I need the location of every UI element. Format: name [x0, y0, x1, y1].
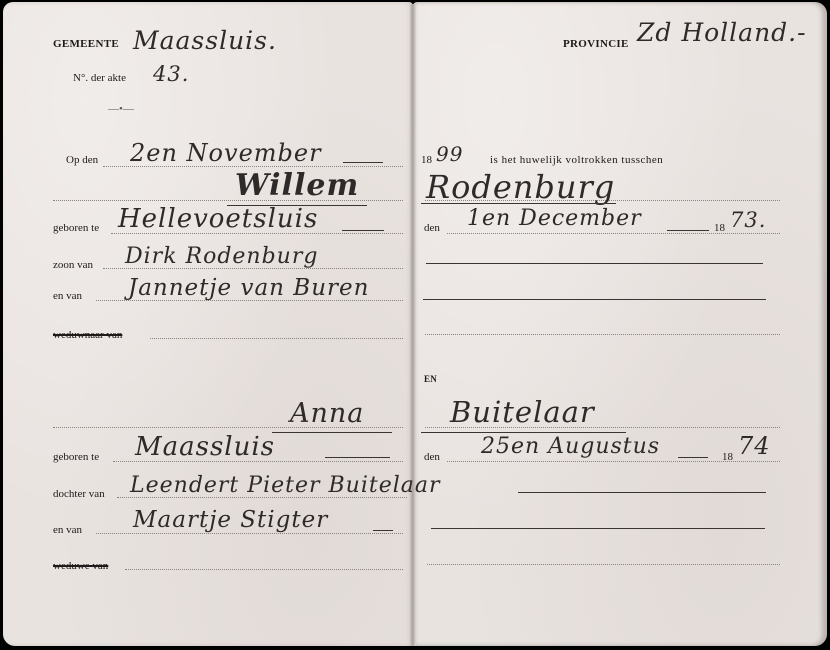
bride-birthplace: Maassluis	[135, 432, 275, 462]
marriage-statement: is het huwelijk voltrokken tusschen	[490, 154, 663, 166]
provincie-label: PROVINCIE	[563, 38, 629, 50]
provincie-value: Zd Holland.-	[637, 18, 807, 47]
groom-first-name: Willem	[235, 168, 359, 203]
dotted-line	[150, 338, 403, 339]
groom-birth-year: 73.	[730, 208, 766, 232]
fill-rule	[678, 457, 708, 458]
bride-first-name: Anna	[290, 398, 364, 429]
groom-father: Dirk Rodenburg	[125, 244, 318, 269]
groom-father-label: zoon van	[53, 259, 93, 271]
widower-label: weduwnaar van	[53, 329, 122, 341]
bride-birth-date: 25en Augustus	[481, 434, 660, 459]
marriage-year: 99	[436, 142, 463, 166]
name-underline	[421, 203, 616, 204]
fill-rule	[518, 492, 766, 493]
bride-birth-den-label: den	[424, 451, 440, 463]
fill-rule	[423, 299, 766, 300]
bride-birthplace-label: geboren te	[53, 451, 99, 463]
fill-rule	[431, 528, 765, 529]
fill-rule	[426, 263, 763, 264]
bride-mother: Maartje Stigter	[133, 507, 328, 533]
groom-birth-year-prefix: 18	[714, 222, 725, 234]
gemeente-value: Maassluis.	[133, 26, 277, 55]
left-page	[3, 2, 413, 646]
fill-rule	[343, 162, 383, 163]
dotted-line	[96, 533, 403, 534]
dotted-line	[425, 334, 780, 335]
bride-father: Leendert Pieter Buitelaar	[130, 473, 441, 498]
fill-rule	[667, 230, 709, 231]
bride-birth-year-prefix: 18	[722, 451, 733, 463]
groom-surname: Rodenburg	[426, 168, 615, 206]
name-underline	[421, 432, 626, 433]
connector-en: EN	[424, 374, 437, 384]
bride-father-label: dochter van	[53, 488, 105, 500]
gemeente-label: GEMEENTE	[53, 38, 119, 50]
akte-label: N°. der akte	[73, 72, 126, 84]
marriage-date: 2en November	[130, 139, 322, 167]
op-den-label: Op den	[66, 154, 98, 166]
groom-birthplace-label: geboren te	[53, 222, 99, 234]
bride-mother-label: en van	[53, 524, 82, 536]
dotted-line	[447, 233, 780, 234]
right-page	[413, 2, 827, 646]
book-spine	[410, 4, 416, 646]
akte-number: 43.	[153, 62, 189, 86]
groom-birthplace: Hellevoetsluis	[118, 204, 318, 234]
widow-label: weduwe van	[53, 560, 108, 572]
groom-birth-den-label: den	[424, 222, 440, 234]
groom-birth-date: 1en December	[467, 206, 642, 231]
fill-rule	[373, 530, 393, 531]
fill-rule	[342, 230, 384, 231]
bride-surname: Buitelaar	[450, 395, 595, 429]
dotted-line	[427, 564, 780, 565]
divider-ornament: —•—	[108, 103, 134, 115]
groom-mother-label: en van	[53, 290, 82, 302]
groom-mother: Jannetje van Buren	[128, 275, 369, 301]
bride-birth-year: 74	[738, 432, 771, 460]
year-prefix: 18	[421, 154, 432, 166]
name-underline	[272, 432, 392, 433]
fill-rule	[325, 457, 390, 458]
dotted-line	[125, 569, 403, 570]
